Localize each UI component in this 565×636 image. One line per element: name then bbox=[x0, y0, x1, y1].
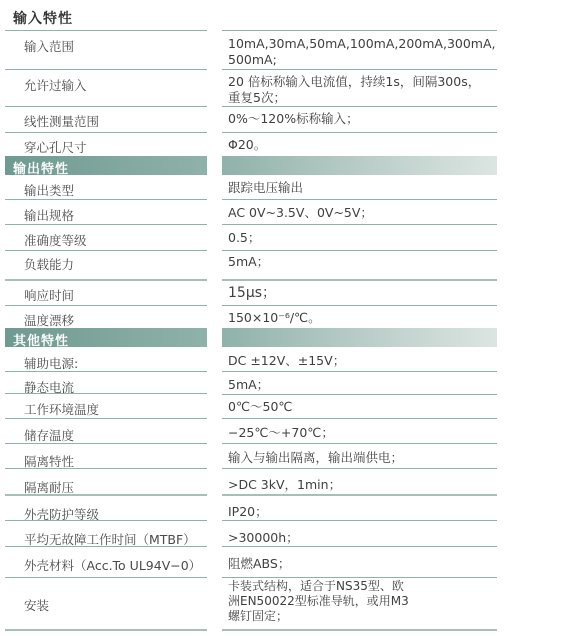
divider bbox=[5, 577, 207, 578]
divider bbox=[5, 546, 207, 547]
spec-label: 输出类型 bbox=[5, 181, 207, 199]
divider bbox=[222, 443, 497, 444]
divider bbox=[222, 629, 497, 631]
spec-value: −25℃～+70℃； bbox=[222, 425, 497, 441]
section-title-other: 其他特性 bbox=[13, 330, 69, 349]
divider bbox=[5, 279, 207, 281]
spec-value: 阻燃ABS； bbox=[222, 556, 497, 572]
divider bbox=[5, 106, 207, 107]
divider bbox=[5, 520, 207, 521]
spec-label: 储存温度 bbox=[5, 426, 207, 444]
divider bbox=[5, 199, 207, 200]
divider bbox=[222, 577, 497, 578]
spec-value: AC 0V~3.5V、0V~5V； bbox=[222, 205, 497, 221]
section-header-bar bbox=[222, 328, 497, 347]
spec-value: 0.5； bbox=[222, 230, 497, 246]
divider bbox=[222, 106, 497, 107]
spec-label: 响应时间 bbox=[5, 286, 207, 304]
divider bbox=[5, 468, 207, 469]
spec-value: Φ20。 bbox=[222, 137, 497, 153]
spec-value: IP20； bbox=[222, 504, 497, 520]
divider bbox=[222, 279, 497, 281]
spec-value: 卡装式结构，适合于NS35型、欧 洲EN50022型标准导轨，或用M3 螺钉固定… bbox=[222, 579, 497, 624]
divider bbox=[5, 371, 207, 372]
spec-value: 5mA； bbox=[222, 254, 497, 270]
spec-value: 15μs； bbox=[222, 285, 497, 301]
spec-label: 允许过输入 bbox=[5, 76, 207, 94]
spec-label: 穿心孔尺寸 bbox=[5, 138, 207, 156]
spec-value: DC ±12V、±15V； bbox=[222, 353, 497, 369]
spec-value: 跟踪电压输出 bbox=[222, 180, 497, 196]
divider bbox=[222, 224, 497, 225]
spec-label: 准确度等级 bbox=[5, 231, 207, 249]
divider bbox=[222, 494, 497, 496]
spec-value: 0℃～50℃ bbox=[222, 399, 497, 415]
spec-label: 输出规格 bbox=[5, 206, 207, 224]
divider bbox=[222, 371, 497, 372]
spec-value: 0%～120%标称输入； bbox=[222, 111, 497, 127]
section-header-other: 其他特性 bbox=[5, 328, 207, 347]
section-header-bar bbox=[222, 156, 497, 175]
spec-label: 输入范围 bbox=[5, 37, 207, 55]
spec-label: 负载能力 bbox=[5, 255, 207, 273]
divider bbox=[5, 69, 207, 70]
divider bbox=[222, 199, 497, 200]
divider bbox=[5, 418, 207, 419]
spec-value: 5mA； bbox=[222, 377, 497, 393]
divider bbox=[222, 468, 497, 469]
divider bbox=[5, 305, 207, 306]
section-title-output: 输出特性 bbox=[13, 158, 69, 177]
divider bbox=[5, 443, 207, 444]
divider bbox=[222, 520, 497, 521]
spec-label: 外壳材料（Acc.To UL94V−0） bbox=[5, 556, 207, 574]
divider bbox=[222, 132, 497, 133]
spec-value: 输入与输出隔离，输出端供电； bbox=[222, 450, 497, 466]
section-header-output: 输出特性 bbox=[5, 156, 207, 175]
divider bbox=[222, 305, 497, 306]
spec-label: 辅助电源: bbox=[5, 354, 207, 372]
divider bbox=[222, 418, 497, 419]
spec-value: 10mA,30mA,50mA,100mA,200mA,300mA, 500mA; bbox=[222, 36, 497, 68]
spec-label: 工作环境温度 bbox=[5, 400, 207, 418]
divider bbox=[5, 494, 207, 496]
divider bbox=[222, 394, 497, 395]
divider bbox=[222, 250, 497, 251]
divider bbox=[5, 30, 207, 31]
divider bbox=[5, 132, 207, 133]
divider bbox=[5, 250, 207, 251]
spec-value: >30000h； bbox=[222, 530, 497, 546]
divider bbox=[5, 629, 207, 631]
divider bbox=[222, 546, 497, 547]
spec-label: 温度漂移 bbox=[5, 311, 207, 329]
divider bbox=[222, 69, 497, 70]
spec-label: 线性测量范围 bbox=[5, 112, 207, 130]
spec-value: 150×10⁻⁶/℃。 bbox=[222, 310, 497, 326]
divider bbox=[222, 30, 497, 31]
spec-value: >DC 3kV，1min； bbox=[222, 477, 497, 493]
divider bbox=[5, 224, 207, 225]
section-title-input: 输入特性 bbox=[13, 8, 73, 28]
divider bbox=[5, 393, 207, 394]
spec-value: 20 倍标称输入电流值，持续1s，间隔300s， 重复5次； bbox=[222, 74, 497, 106]
spec-label: 安装 bbox=[5, 596, 207, 614]
